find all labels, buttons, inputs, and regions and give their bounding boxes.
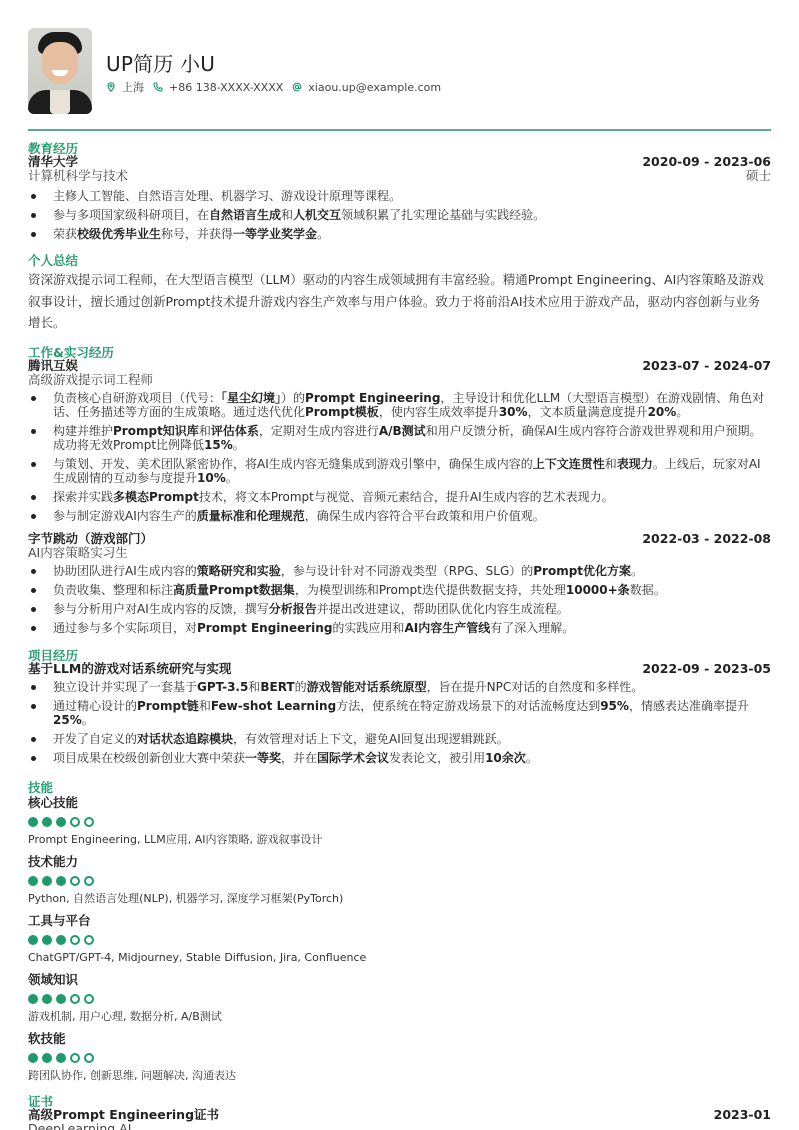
work-date: 2022-03 - 2022-08 [642, 532, 771, 546]
avatar [28, 28, 92, 114]
skill-rating [28, 935, 771, 945]
skill-name: 软技能 [28, 1032, 771, 1046]
degree: 硕士 [746, 169, 771, 183]
empty-dot-icon [84, 994, 94, 1004]
work-section: 工作&实习经历 腾讯互娱 2023-07 - 2024-07 高级游戏提示词工程… [28, 346, 771, 640]
job-role: 高级游戏提示词工程师 [28, 373, 771, 387]
empty-dot-icon [70, 994, 80, 1004]
empty-dot-icon [84, 817, 94, 827]
skill-name: 技术能力 [28, 855, 771, 869]
bullet-item: 与策划、开发、美术团队紧密协作，将AI生成内容无缝集成到游戏引擎中，确保生成内容… [28, 457, 771, 485]
bullet-item: 负责收集、整理和标注高质量Prompt数据集，为模型训练和Prompt迭代提供数… [28, 583, 771, 597]
skill-item: 领域知识游戏机制, 用户心理, 数据分析, A/B测试 [28, 973, 771, 1024]
skill-rating [28, 994, 771, 1004]
location-text: 上海 [122, 79, 144, 95]
bullet-item: 通过参与多个实际项目，对Prompt Engineering的实践应用和AI内容… [28, 621, 771, 635]
skill-item: 软技能跨团队协作, 创新思维, 问题解决, 沟通表达 [28, 1032, 771, 1083]
bullet-item: 参与多项国家级科研项目，在自然语言生成和人机交互领域积累了扎实理论基础与实践经验… [28, 208, 771, 222]
empty-dot-icon [84, 1053, 94, 1063]
filled-dot-icon [28, 876, 38, 886]
certificate-name: 高级Prompt Engineering证书 [28, 1108, 771, 1122]
contact-email: xiaou.up@example.com [292, 81, 441, 94]
bullet-list: 独立设计并实现了一套基于GPT-3.5和BERT的游戏智能对话系统原型，旨在提升… [28, 680, 771, 765]
certificate-date: 2023-01 [714, 1108, 771, 1122]
section-title: 个人总结 [28, 254, 771, 267]
skill-rating [28, 1053, 771, 1063]
skill-description: ChatGPT/GPT-4, Midjourney, Stable Diffus… [28, 951, 771, 965]
phone-icon [153, 82, 163, 92]
certificate-issuer: DeepLearning.AI [28, 1122, 771, 1130]
bullet-item: 参与分析用户对AI生成内容的反馈，撰写分析报告并提出改进建议，帮助团队优化内容生… [28, 602, 771, 616]
phone-text: +86 138-XXXX-XXXX [169, 81, 283, 94]
project-entry: 基于LLM的游戏对话系统研究与实现 2022-09 - 2023-05 独立设计… [28, 662, 771, 765]
filled-dot-icon [28, 935, 38, 945]
bullet-list: 协助团队进行AI生成内容的策略研究和实验，参与设计针对不同游戏类型（RPG、SL… [28, 564, 771, 635]
work-entry: 字节跳动（游戏部门） 2022-03 - 2022-08 AI内容策略实习生 协… [28, 532, 771, 635]
filled-dot-icon [56, 876, 66, 886]
resume-page: UP简历 小U 上海 +86 138-XXXX-XXXX xiaou.up@ex… [28, 0, 771, 128]
skill-name: 工具与平台 [28, 914, 771, 928]
skill-description: Python, 自然语言处理(NLP), 机器学习, 深度学习框架(PyTorc… [28, 892, 771, 906]
filled-dot-icon [42, 935, 52, 945]
certificates-section: 证书 高级Prompt Engineering证书 2023-01 DeepLe… [28, 1095, 771, 1130]
header-divider [28, 129, 771, 131]
skill-name: 领域知识 [28, 973, 771, 987]
filled-dot-icon [56, 1053, 66, 1063]
skills-list: 核心技能Prompt Engineering, LLM应用, AI内容策略, 游… [28, 796, 771, 1083]
filled-dot-icon [28, 994, 38, 1004]
bullet-item: 主修人工智能、自然语言处理、机器学习、游戏设计原理等课程。 [28, 189, 771, 203]
filled-dot-icon [42, 817, 52, 827]
skill-description: 游戏机制, 用户心理, 数据分析, A/B测试 [28, 1010, 771, 1024]
section-title: 技能 [28, 781, 771, 794]
empty-dot-icon [84, 935, 94, 945]
empty-dot-icon [70, 935, 80, 945]
skill-name: 核心技能 [28, 796, 771, 810]
filled-dot-icon [42, 994, 52, 1004]
bullet-list: 主修人工智能、自然语言处理、机器学习、游戏设计原理等课程。参与多项国家级科研项目… [28, 189, 771, 241]
bullet-item: 荣获校级优秀毕业生称号，并获得一等学业奖学金。 [28, 227, 771, 241]
skills-section: 技能 核心技能Prompt Engineering, LLM应用, AI内容策略… [28, 781, 771, 1083]
skill-rating [28, 876, 771, 886]
contact-info: 上海 +86 138-XXXX-XXXX xiaou.up@example.co… [106, 79, 450, 95]
bullet-item: 负责核心自研游戏项目（代号：「星尘幻境」）的Prompt Engineering… [28, 391, 771, 419]
empty-dot-icon [84, 876, 94, 886]
education-date: 2020-09 - 2023-06 [642, 155, 771, 169]
filled-dot-icon [28, 1053, 38, 1063]
skill-rating [28, 817, 771, 827]
filled-dot-icon [28, 817, 38, 827]
empty-dot-icon [70, 876, 80, 886]
filled-dot-icon [56, 994, 66, 1004]
candidate-name: UP简历 小U [106, 48, 215, 77]
contact-location: 上海 [106, 79, 144, 95]
education-entry: 清华大学 2020-09 - 2023-06 计算机科学与技术 硕士 主修人工智… [28, 155, 771, 241]
major: 计算机科学与技术 [28, 169, 771, 183]
filled-dot-icon [42, 876, 52, 886]
certificate-entry: 高级Prompt Engineering证书 2023-01 DeepLearn… [28, 1108, 771, 1130]
skill-item: 核心技能Prompt Engineering, LLM应用, AI内容策略, 游… [28, 796, 771, 847]
filled-dot-icon [42, 1053, 52, 1063]
work-entry: 腾讯互娱 2023-07 - 2024-07 高级游戏提示词工程师 负责核心自研… [28, 359, 771, 523]
location-pin-icon [106, 82, 116, 92]
bullet-item: 开发了自定义的对话状态追踪模块，有效管理对话上下文，避免AI回复出现逻辑跳跃。 [28, 732, 771, 746]
email-text: xiaou.up@example.com [308, 81, 441, 94]
education-section: 教育经历 清华大学 2020-09 - 2023-06 计算机科学与技术 硕士 … [28, 142, 771, 246]
project-date: 2022-09 - 2023-05 [642, 662, 771, 676]
filled-dot-icon [56, 817, 66, 827]
empty-dot-icon [70, 817, 80, 827]
bullet-item: 构建并维护Prompt知识库和评估体系，定期对生成内容进行A/B测试和用户反馈分… [28, 424, 771, 452]
empty-dot-icon [70, 1053, 80, 1063]
filled-dot-icon [56, 935, 66, 945]
job-role: AI内容策略实习生 [28, 546, 771, 560]
resume-header: UP简历 小U 上海 +86 138-XXXX-XXXX xiaou.up@ex… [28, 0, 771, 128]
at-sign-icon [292, 82, 302, 92]
bullet-item: 协助团队进行AI生成内容的策略研究和实验，参与设计针对不同游戏类型（RPG、SL… [28, 564, 771, 578]
bullet-item: 项目成果在校级创新创业大赛中荣获一等奖，并在国际学术会议发表论文，被引用10余次… [28, 751, 771, 765]
projects-section: 项目经历 基于LLM的游戏对话系统研究与实现 2022-09 - 2023-05… [28, 649, 771, 770]
skill-description: 跨团队协作, 创新思维, 问题解决, 沟通表达 [28, 1069, 771, 1083]
skill-item: 技术能力Python, 自然语言处理(NLP), 机器学习, 深度学习框架(Py… [28, 855, 771, 906]
work-date: 2023-07 - 2024-07 [642, 359, 771, 373]
summary-section: 个人总结 资深游戏提示词工程师，在大型语言模型（LLM）驱动的内容生成领域拥有丰… [28, 254, 771, 334]
summary-text: 资深游戏提示词工程师，在大型语言模型（LLM）驱动的内容生成领域拥有丰富经验。精… [28, 269, 771, 334]
bullet-list: 负责核心自研游戏项目（代号：「星尘幻境」）的Prompt Engineering… [28, 391, 771, 523]
bullet-item: 独立设计并实现了一套基于GPT-3.5和BERT的游戏智能对话系统原型，旨在提升… [28, 680, 771, 694]
skill-description: Prompt Engineering, LLM应用, AI内容策略, 游戏叙事设… [28, 833, 771, 847]
skill-item: 工具与平台ChatGPT/GPT-4, Midjourney, Stable D… [28, 914, 771, 965]
bullet-item: 探索并实践多模态Prompt技术，将文本Prompt与视觉、音频元素结合，提升A… [28, 490, 771, 504]
contact-phone: +86 138-XXXX-XXXX [153, 81, 283, 94]
bullet-item: 通过精心设计的Prompt链和Few-shot Learning方法，使系统在特… [28, 699, 771, 727]
bullet-item: 参与制定游戏AI内容生产的质量标准和伦理规范，确保生成内容符合平台政策和用户价值… [28, 509, 771, 523]
